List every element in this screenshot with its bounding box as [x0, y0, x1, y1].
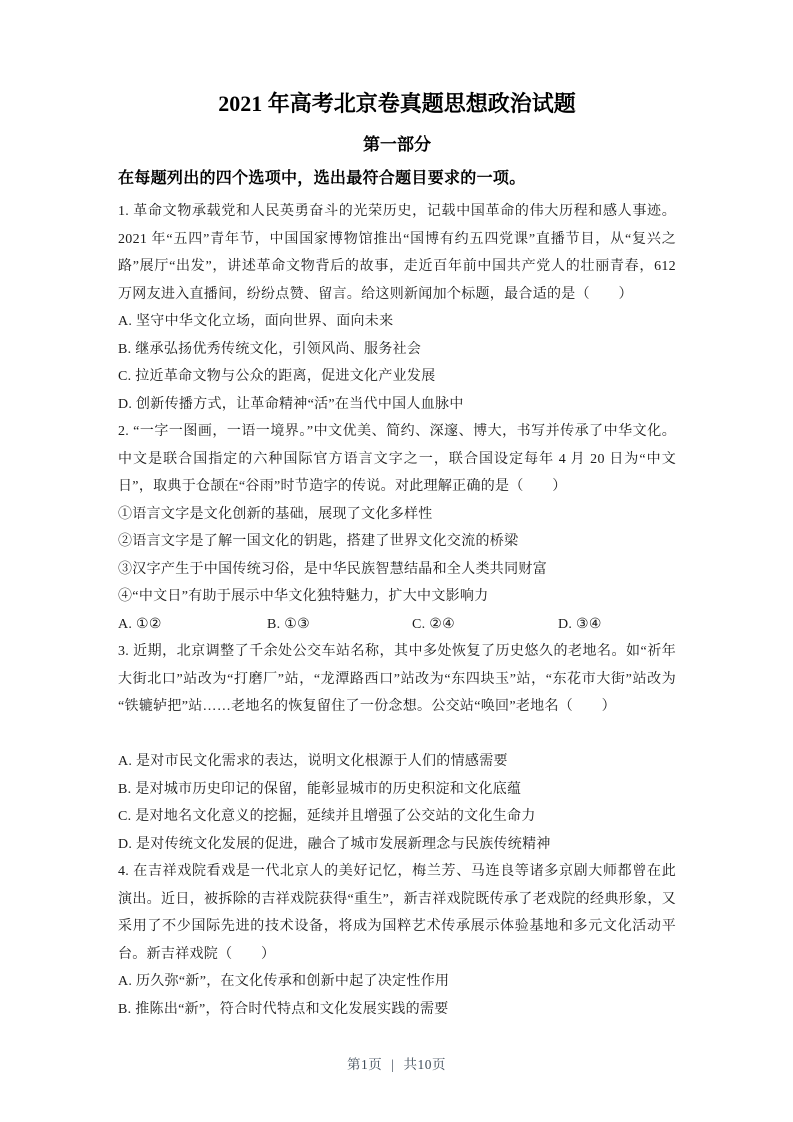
- question-4: 4. 在吉祥戏院看戏是一代北京人的美好记忆，梅兰芳、马连良等诸多京剧大师都曾在此…: [118, 858, 676, 1023]
- question-2-statement-4: ④“中文日”有助于展示中华文化独特魅力，扩大中文影响力: [118, 583, 676, 611]
- question-4-option-b: B. 推陈出“新”，符合时代特点和文化发展实践的需要: [118, 996, 676, 1024]
- question-1-option-d: D. 创新传播方式，让革命精神“活”在当代中国人血脉中: [118, 391, 676, 419]
- exam-document-page: 2021 年高考北京卷真题思想政治试题 第一部分 在每题列出的四个选项中，选出最…: [0, 0, 793, 1122]
- total-pages-label: 共10页: [403, 1057, 446, 1072]
- question-1: 1. 革命文物承载党和人民英勇奋斗的光荣历史，记载中国革命的伟大历程和感人事迹。…: [118, 198, 676, 418]
- question-3: 3. 近期，北京调整了千余处公交车站名称，其中多处恢复了历史悠久的老地名。如“祈…: [118, 638, 676, 858]
- question-3-option-a: A. 是对市民文化需求的表达，说明文化根源于人们的情感需要: [118, 748, 676, 776]
- question-2-statement-2: ②语言文字是了解一国文化的钥匙，搭建了世界文化交流的桥梁: [118, 528, 676, 556]
- question-3-stem: 3. 近期，北京调整了千余处公交车站名称，其中多处恢复了历史悠久的老地名。如“祈…: [118, 638, 676, 721]
- question-1-option-c: C. 拉近革命文物与公众的距离，促进文化产业发展: [118, 363, 676, 391]
- blank-line: [118, 721, 676, 749]
- page-footer: 第1页|共10页: [0, 1053, 793, 1073]
- question-2-choice-c: C. ②④: [412, 611, 558, 639]
- question-2-choice-a: A. ①②: [118, 611, 267, 639]
- question-2-statement-1: ①语言文字是文化创新的基础，展现了文化多样性: [118, 501, 676, 529]
- question-1-stem: 1. 革命文物承载党和人民英勇奋斗的光荣历史，记载中国革命的伟大历程和感人事迹。…: [118, 198, 676, 308]
- question-3-option-c: C. 是对地名文化意义的挖掘，延续并且增强了公交站的文化生命力: [118, 803, 676, 831]
- question-4-stem: 4. 在吉祥戏院看戏是一代北京人的美好记忆，梅兰芳、马连良等诸多京剧大师都曾在此…: [118, 858, 676, 968]
- question-2-statement-3: ③汉字产生于中国传统习俗，是中华民族智慧结晶和全人类共同财富: [118, 556, 676, 584]
- answer-instruction: 在每题列出的四个选项中，选出最符合题目要求的一项。: [118, 168, 676, 190]
- current-page-label: 第1页: [347, 1057, 382, 1072]
- question-4-option-a: A. 历久弥“新”，在文化传承和创新中起了决定性作用: [118, 968, 676, 996]
- question-2-choice-d: D. ③④: [558, 611, 676, 639]
- question-2-choice-b: B. ①③: [267, 611, 412, 639]
- question-2: 2. “一字一图画，一语一境界。”中文优美、简约、深邃、博大，书写并传承了中华文…: [118, 418, 676, 638]
- footer-separator: |: [391, 1057, 394, 1072]
- doc-title: 2021 年高考北京卷真题思想政治试题: [118, 90, 676, 118]
- question-2-stem: 2. “一字一图画，一语一境界。”中文优美、简约、深邃、博大，书写并传承了中华文…: [118, 418, 676, 501]
- question-3-option-d: D. 是对传统文化发展的促进，融合了城市发展新理念与民族传统精神: [118, 831, 676, 859]
- question-3-option-b: B. 是对城市历史印记的保留，能彰显城市的历史积淀和文化底蕴: [118, 776, 676, 804]
- question-1-option-a: A. 坚守中华文化立场，面向世界、面向未来: [118, 308, 676, 336]
- question-1-option-b: B. 继承弘扬优秀传统文化，引领风尚、服务社会: [118, 336, 676, 364]
- section-heading: 第一部分: [118, 135, 676, 155]
- question-2-choices-row: A. ①② B. ①③ C. ②④ D. ③④: [118, 611, 676, 639]
- page-content: 2021 年高考北京卷真题思想政治试题 第一部分 在每题列出的四个选项中，选出最…: [118, 0, 676, 1023]
